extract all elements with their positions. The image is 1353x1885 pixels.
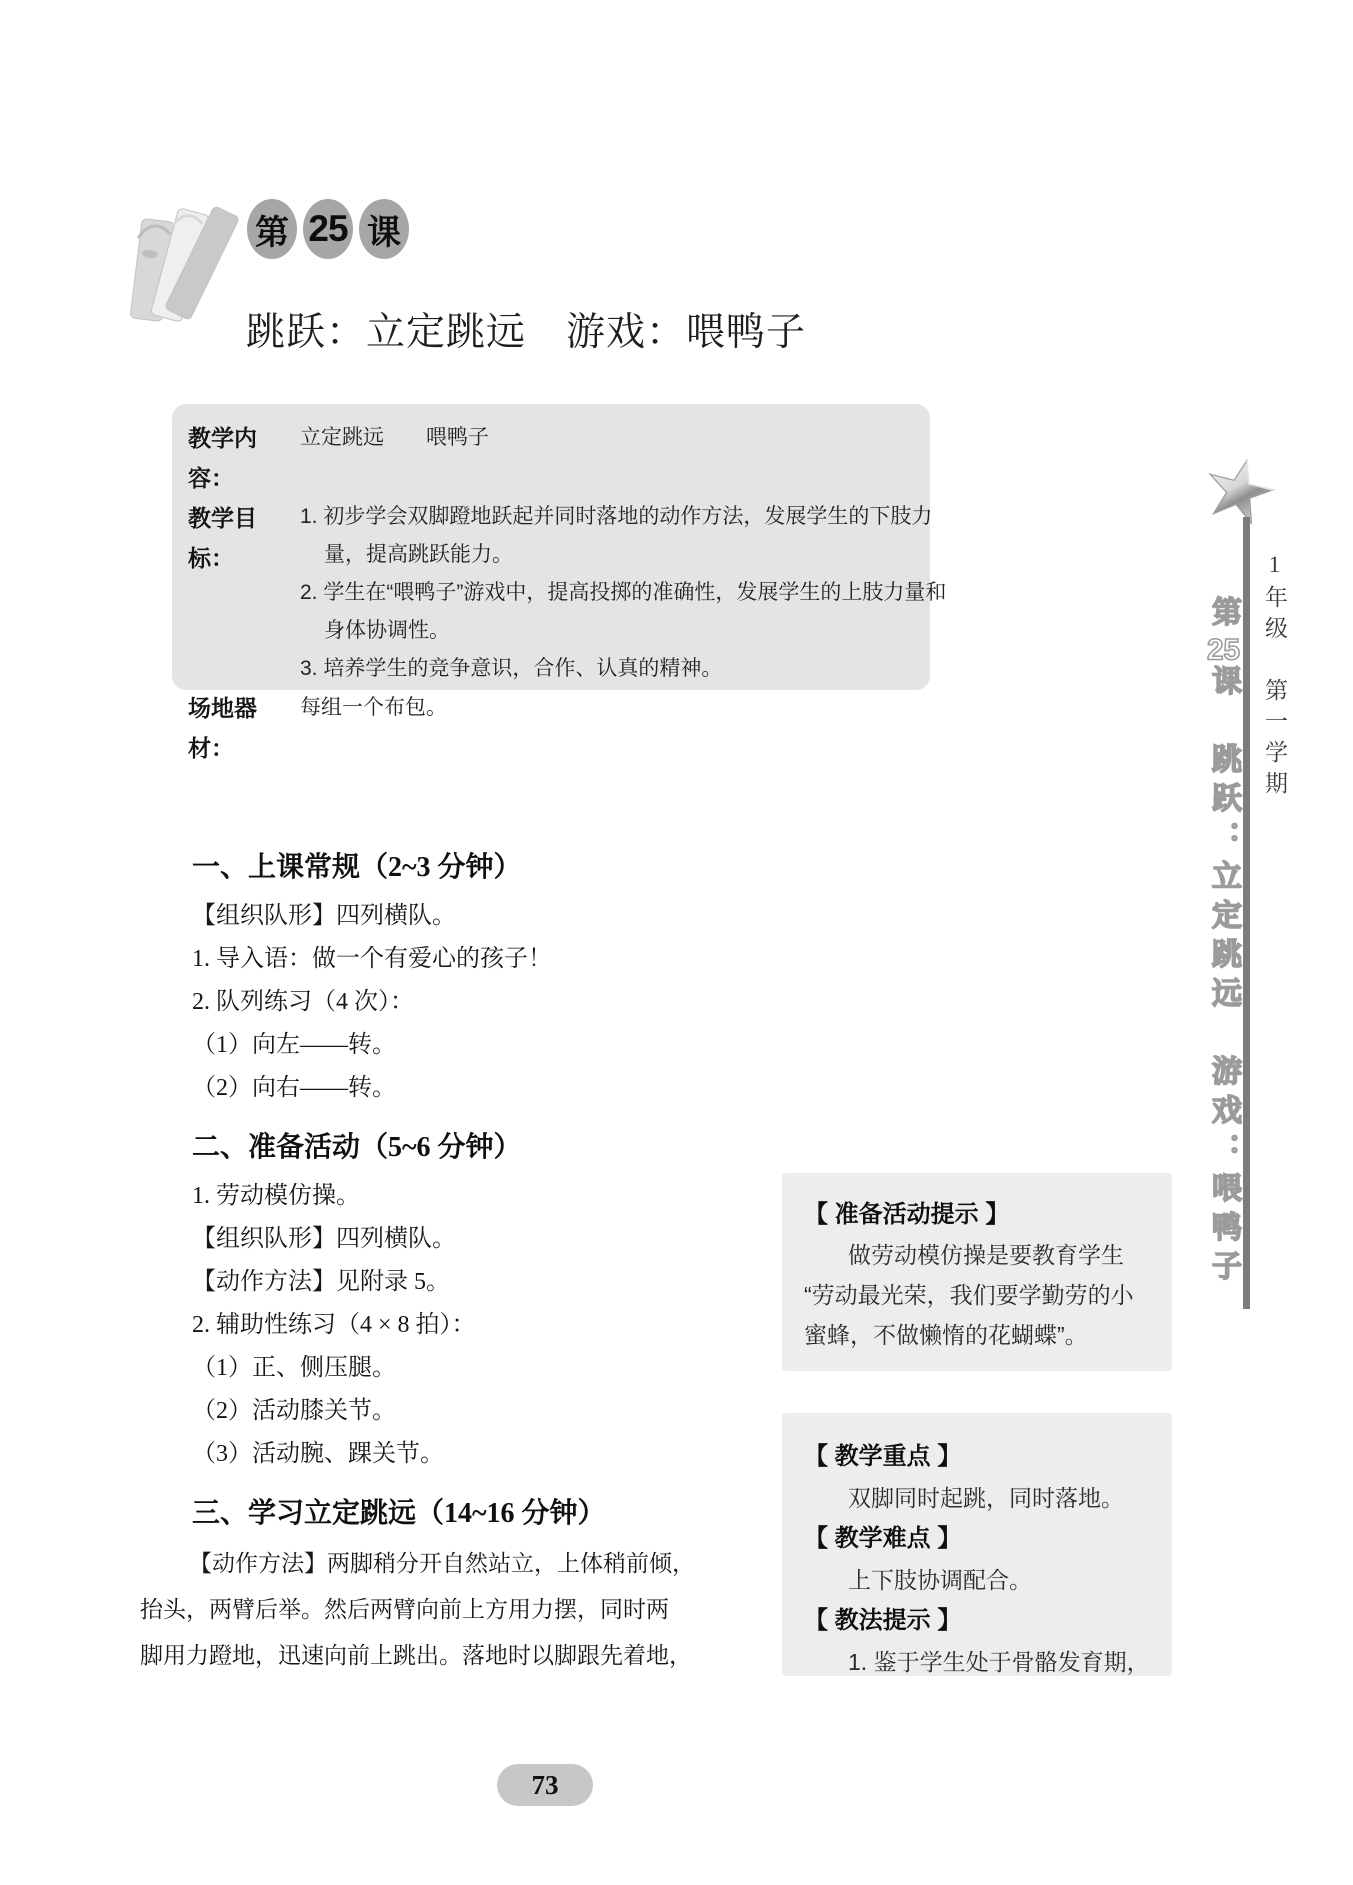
teaching-info-box: 教学内容： 立定跳远 喂鸭子 教学目标： 1. 初步学会双脚蹬地跃起并同时落地的… [172, 404, 930, 690]
lesson-body: 一、上课常规（2~3 分钟） 【组织队形】四列横队。 1. 导入语：做一个有爱心… [140, 845, 660, 1679]
paragraph-line: 【动作方法】两脚稍分开自然站立，上体稍前倾， [140, 1541, 660, 1587]
teaching-content-row: 教学内容： 立定跳远 喂鸭子 [188, 418, 916, 498]
objective-line: 3. 培养学生的竞争意识，合作、认真的精神。 [300, 650, 946, 688]
teaching-objectives-row: 教学目标： 1. 初步学会双脚蹬地跃起并同时落地的动作方法，发展学生的下肢力 量… [188, 498, 916, 688]
body-line: 1. 导入语：做一个有爱心的孩子！ [140, 938, 660, 981]
tip-line: “劳动最光荣，我们要学勤劳的小 [804, 1275, 1158, 1315]
equipment-label: 场地器材： [188, 688, 300, 768]
edge-lesson-prefix: 第 [1207, 596, 1240, 635]
objective-line: 量，提高跳跃能力。 [300, 536, 946, 574]
body-line: （1）向左——转。 [140, 1024, 660, 1067]
teaching-content-value: 立定跳远 喂鸭子 [300, 418, 489, 458]
lesson-title: 跳跃：立定跳远 游戏：喂鸭子 [246, 301, 806, 357]
section-heading-1: 一、上课常规（2~3 分钟） [140, 845, 660, 885]
badge-char-last: 课 [359, 199, 409, 259]
edge-grade-label: 1年级 第一学期 [1258, 552, 1291, 802]
page-number-pill: 73 [497, 1764, 593, 1806]
body-line: 2. 队列练习（4 次）： [140, 981, 660, 1024]
tip-line: 蜜蜂，不做懒惰的花蝴蝶”。 [804, 1315, 1158, 1355]
method-tip-text: 1. 鉴于学生处于骨骼发育期， [804, 1641, 1158, 1683]
body-line: （2）活动膝关节。 [140, 1390, 660, 1433]
tip-line: 做劳动模仿操是要教育学生 [804, 1235, 1158, 1275]
lesson-badge: 第 25 课 [247, 199, 409, 259]
page-number: 73 [532, 1770, 559, 1801]
objective-line: 1. 初步学会双脚蹬地跃起并同时落地的动作方法，发展学生的下肢力 [300, 498, 946, 536]
paragraph-line: 脚用力蹬地，迅速向前上跳出。落地时以脚跟先着地， [140, 1633, 660, 1679]
body-line: 【动作方法】见附录 5。 [140, 1261, 660, 1304]
books-icon-svg [120, 196, 246, 324]
body-line: 1. 劳动模仿操。 [140, 1175, 660, 1218]
equipment-value: 每组一个布包。 [300, 688, 447, 728]
prep-activity-tip-box: 【 准备活动提示 】 做劳动模仿操是要教育学生 “劳动最光荣，我们要学勤劳的小 … [782, 1173, 1172, 1371]
books-icon [120, 196, 246, 324]
objective-line: 身体协调性。 [300, 612, 946, 650]
section-heading-3: 三、学习立定跳远（14~16 分钟） [140, 1491, 660, 1531]
body-line: 【组织队形】四列横队。 [140, 1218, 660, 1261]
difficulty-text: 上下肢协调配合。 [804, 1559, 1158, 1601]
teaching-content-label: 教学内容： [188, 418, 300, 498]
body-line: 2. 辅助性练习（4 × 8 拍）： [140, 1304, 660, 1347]
star-icon-svg [1196, 458, 1282, 526]
body-line: 【组织队形】四列横队。 [140, 895, 660, 938]
objective-line: 2. 学生在“喂鸭子”游戏中，提高投掷的准确性，发展学生的上肢力量和 [300, 574, 946, 612]
body-line: （3）活动腕、踝关节。 [140, 1433, 660, 1476]
difficulty-title: 【 教学难点 】 [804, 1519, 1158, 1559]
section-heading-2: 二、准备活动（5~6 分钟） [140, 1125, 660, 1165]
body-line: （1）正、侧压腿。 [140, 1347, 660, 1390]
edge-lesson-label: 第25课 跳跃：立定跳远 游戏：喂鸭子 [1201, 596, 1245, 1289]
edge-lesson-number: 25 [1207, 635, 1240, 665]
badge-number: 25 [303, 199, 353, 259]
teaching-points-box: 【 教学重点 】 双脚同时起跳，同时落地。 【 教学难点 】 上下肢协调配合。 … [782, 1413, 1172, 1676]
paragraph-line: 抬头，两臂后举。然后两臂向前上方用力摆，同时两 [140, 1587, 660, 1633]
teaching-objectives-list: 1. 初步学会双脚蹬地跃起并同时落地的动作方法，发展学生的下肢力 量，提高跳跃能… [300, 498, 946, 688]
key-point-title: 【 教学重点 】 [804, 1437, 1158, 1477]
method-tip-title: 【 教法提示 】 [804, 1601, 1158, 1641]
key-point-text: 双脚同时起跳，同时落地。 [804, 1477, 1158, 1519]
badge-char-first: 第 [247, 199, 297, 259]
textbook-page: 第 25 课 跳跃：立定跳远 游戏：喂鸭子 教学内容： 立定跳远 喂鸭子 教学目… [0, 0, 1353, 1885]
body-line: （2）向右——转。 [140, 1067, 660, 1110]
teaching-objectives-label: 教学目标： [188, 498, 300, 578]
tip-box-title: 【 准备活动提示 】 [804, 1195, 1158, 1235]
star-icon [1196, 458, 1282, 531]
edge-lesson-rest: 课 跳跃：立定跳远 游戏：喂鸭子 [1207, 665, 1240, 1289]
equipment-row: 场地器材： 每组一个布包。 [188, 688, 916, 768]
